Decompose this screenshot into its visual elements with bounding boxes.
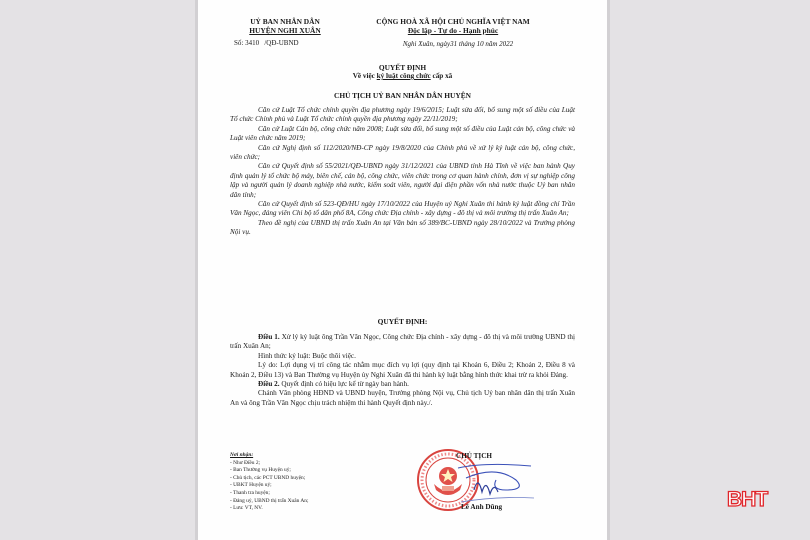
recipient-item: - UBKT Huyện uỷ; — [230, 482, 308, 490]
article-1: Điều 1. Xử lý kỷ luật ông Trần Văn Ngọc,… — [230, 333, 575, 352]
signer-title: CHỦ TỊCH — [456, 452, 492, 460]
motto: Độc lập - Tự do - Hạnh phúc — [338, 26, 568, 35]
recipient-item: - Như Điều 2; — [230, 460, 308, 468]
recipient-item: - Thanh tra huyện; — [230, 490, 308, 498]
preamble-clause: Căn cứ Luật Cán bộ, công chức năm 2008; … — [230, 125, 575, 144]
recipient-item: - Đảng uỷ, UBND thị trấn Xuân An; — [230, 498, 308, 506]
bht-watermark-logo: BHT — [727, 488, 767, 512]
preamble-clause: Theo đề nghị của UBND thị trấn Xuân An t… — [230, 219, 575, 238]
discipline-reason: Lý do: Lợi dụng vị trí công tác nhằm mục… — [230, 361, 575, 380]
document-page: UỶ BAN NHÂN DÂN HUYỆN NGHI XUÂN Số: 3410… — [198, 0, 607, 540]
agency-line-1: UỶ BAN NHÂN DÂN — [230, 17, 340, 26]
issuer-title: CHỦ TỊCH UỶ BAN NHÂN DÂN HUYỆN — [198, 91, 607, 100]
document-number: Số: 3410 /QĐ-UBND — [234, 39, 299, 47]
articles: Điều 1. Xử lý kỷ luật ông Trần Văn Ngọc,… — [230, 333, 575, 408]
agency-line-2: HUYỆN NGHI XUÂN — [230, 26, 340, 35]
issuing-agency: UỶ BAN NHÂN DÂN HUYỆN NGHI XUÂN — [230, 17, 340, 35]
recipients-heading: Nơi nhận: — [230, 452, 308, 460]
nation-title: CỘNG HOÀ XÃ HỘI CHỦ NGHĨA VIỆT NAM — [338, 17, 568, 26]
recipients-list: Nơi nhận: - Như Điều 2; - Ban Thường vụ … — [230, 452, 308, 513]
signature-icon — [456, 460, 536, 505]
preamble-clause: Căn cứ Quyết định số 523-QĐ/HU ngày 17/1… — [230, 200, 575, 219]
preamble-clause: Căn cứ Luật Tổ chức chính quyền địa phươ… — [230, 106, 575, 125]
article-2: Điều 2. Quyết định có hiệu lực kể từ ngà… — [230, 380, 575, 389]
recipient-item: - Chủ tịch, các PCT UBND huyện; — [230, 475, 308, 483]
recipient-item: - Ban Thường vụ Huyện uỷ; — [230, 467, 308, 475]
execution-clause: Chánh Văn phòng HĐND và UBND huyện, Trưở… — [230, 389, 575, 408]
national-header: CỘNG HOÀ XÃ HỘI CHỦ NGHĨA VIỆT NAM Độc l… — [338, 17, 568, 35]
document-subject: Về việc kỷ luật công chức cấp xã — [198, 72, 607, 80]
signer-name: Lê Anh Dũng — [461, 503, 502, 511]
preamble-clause: Căn cứ Quyết định số 55/2021/QĐ-UBND ngà… — [230, 162, 575, 200]
recipient-item: - Lưu: VT, NV. — [230, 505, 308, 513]
document-title: QUYẾT ĐỊNH — [198, 63, 607, 72]
dateline: Nghi Xuân, ngày31 tháng 10 năm 2022 — [348, 40, 568, 48]
preamble-clause: Căn cứ Nghị định số 112/2020/NĐ-CP ngày … — [230, 144, 575, 163]
decides-heading: QUYẾT ĐỊNH: — [198, 317, 607, 326]
preamble: Căn cứ Luật Tổ chức chính quyền địa phươ… — [230, 106, 575, 238]
discipline-form: Hình thức kỷ luật: Buộc thôi việc. — [230, 352, 575, 361]
